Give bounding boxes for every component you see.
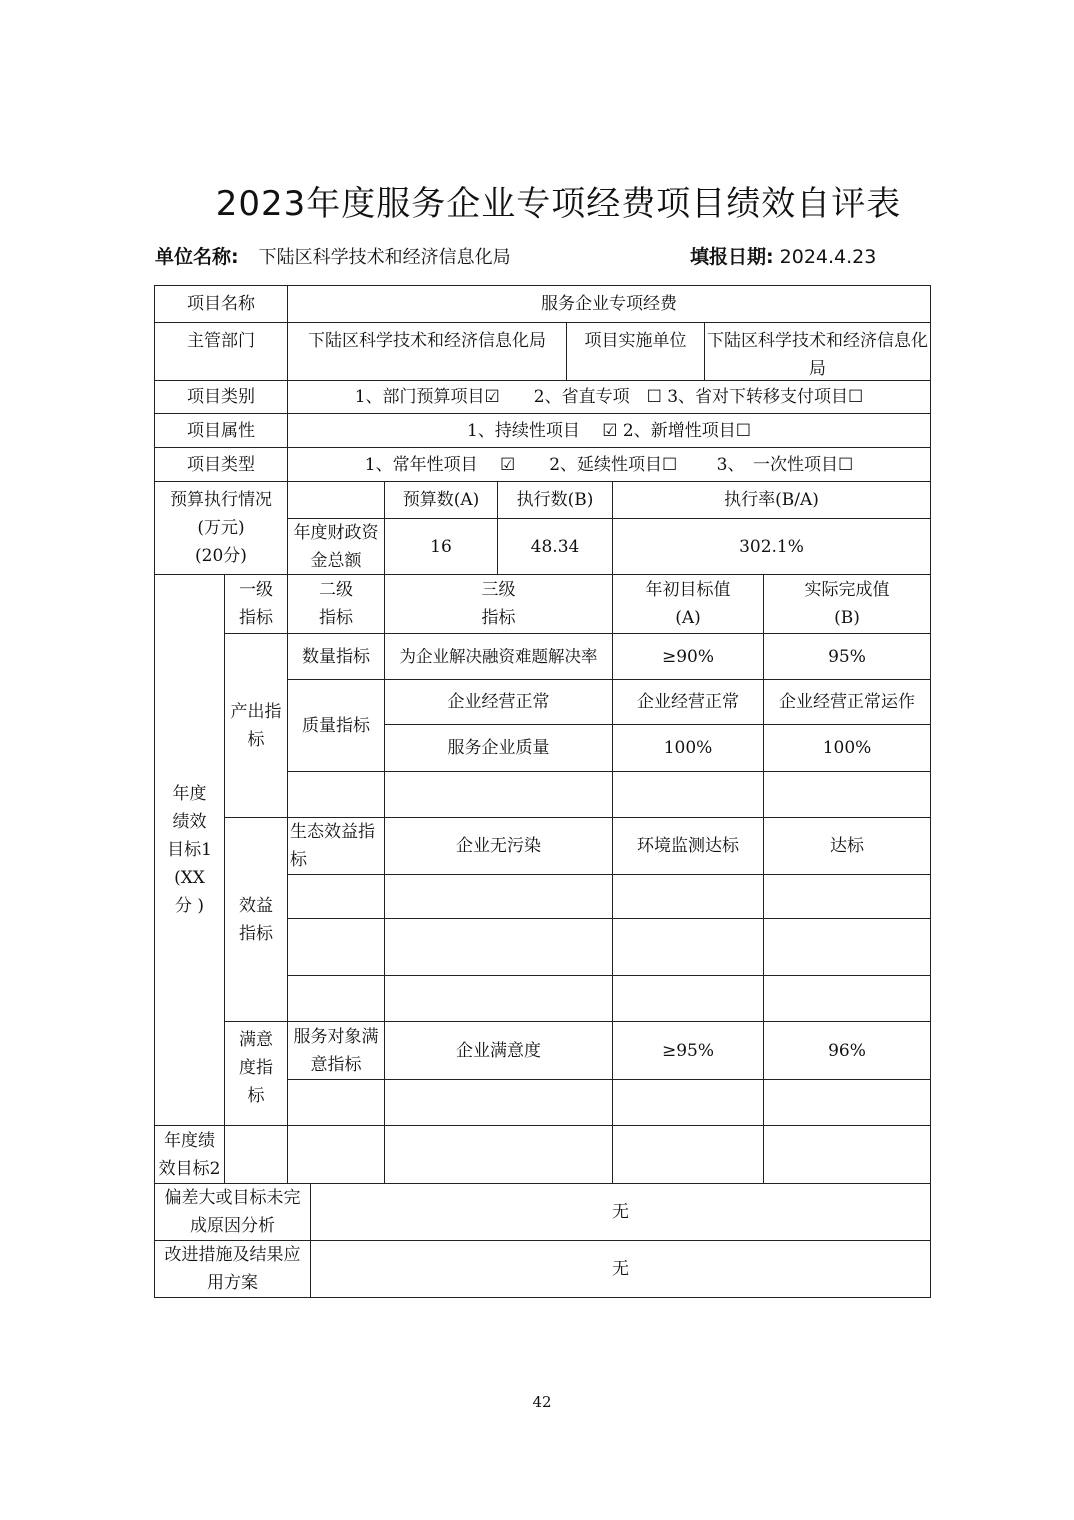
budget-col-rate: 执行率(B/A) xyxy=(612,481,931,519)
empty-cell xyxy=(384,1079,613,1126)
empty-cell xyxy=(287,975,385,1022)
empty-cell xyxy=(763,918,931,976)
empty-cell xyxy=(612,874,764,919)
project-name-value: 服务企业专项经费 xyxy=(287,285,931,323)
dept-value: 下陆区科学技术和经济信息化局 xyxy=(287,322,567,381)
empty-cell xyxy=(763,975,931,1022)
empty-cell xyxy=(287,874,385,919)
eco-benefit-label: 生态效益指 标 xyxy=(287,817,385,875)
quantity-actual: 95% xyxy=(763,633,931,680)
empty-cell xyxy=(384,771,613,818)
eco-actual: 达标 xyxy=(763,817,931,875)
service-actual: 96% xyxy=(763,1021,931,1080)
deviation-label: 偏差大或目标未完 成原因分析 xyxy=(154,1183,311,1241)
empty-cell xyxy=(763,1079,931,1126)
page-number: 42 xyxy=(0,1393,1074,1411)
unit-value: 下陆区科学技术和经济信息化局 xyxy=(259,247,511,268)
quality-actual-2: 100% xyxy=(763,724,931,772)
quality-label: 质量指标 xyxy=(287,679,385,772)
category-label: 项目类别 xyxy=(154,380,288,414)
quality-target-1: 企业经营正常 xyxy=(612,679,764,725)
empty-cell xyxy=(287,1125,385,1184)
date-label: 填报日期: xyxy=(690,246,774,268)
empty-cell xyxy=(612,918,764,976)
type-value: 1、常年性项目 ☑ 2、延续性项目☐ 3、 一次性项目☐ xyxy=(287,447,931,482)
budget-label: 预算执行情况 (万元) (20分) xyxy=(154,481,288,575)
empty-cell xyxy=(384,975,613,1022)
unit-line: 单位名称: 下陆区科学技术和经济信息化局 xyxy=(155,242,511,269)
empty-cell xyxy=(763,874,931,919)
date-line: 填报日期: 2024.4.23 xyxy=(690,242,876,269)
quality-name-1: 企业经营正常 xyxy=(384,679,613,725)
goal2-label: 年度绩 效目标2 xyxy=(154,1125,225,1184)
quantity-label: 数量指标 xyxy=(287,633,385,680)
service-target: ≥95% xyxy=(612,1021,764,1080)
eco-target: 环境监测达标 xyxy=(612,817,764,875)
output-indicator-label: 产出指 标 xyxy=(224,633,288,818)
budget-row-label: 年度财政资 金总额 xyxy=(287,518,385,575)
empty-cell xyxy=(224,1125,288,1184)
improve-value: 无 xyxy=(310,1240,931,1298)
goal1-label: 年度 绩效 目标1 (XX 分 ) xyxy=(154,574,225,1126)
empty-cell xyxy=(612,975,764,1022)
empty-cell xyxy=(763,1125,931,1184)
budget-col-budget: 预算数(A) xyxy=(384,481,498,519)
category-value: 1、部门预算项目☑ 2、省直专项 ☐ 3、省对下转移支付项目☐ xyxy=(287,380,931,414)
page-title: 2023年度服务企业专项经费项目绩效自评表 xyxy=(0,176,1074,225)
empty-cell xyxy=(612,1079,764,1126)
level1-header: 一级 指标 xyxy=(224,574,288,634)
empty-cell xyxy=(384,1125,613,1184)
type-label: 项目类型 xyxy=(154,447,288,482)
rate-value: 302.1% xyxy=(612,518,931,575)
unit-label: 单位名称: xyxy=(155,246,239,268)
budget-blank-cell xyxy=(287,481,385,519)
dept-label: 主管部门 xyxy=(154,322,288,381)
project-name-label: 项目名称 xyxy=(154,285,288,323)
quality-actual-1: 企业经营正常运作 xyxy=(763,679,931,725)
level3-header: 三级 指标 xyxy=(384,574,613,634)
quantity-target: ≥90% xyxy=(612,633,764,680)
empty-cell xyxy=(384,918,613,976)
deviation-value: 无 xyxy=(310,1183,931,1241)
empty-cell xyxy=(287,918,385,976)
empty-cell xyxy=(612,1125,764,1184)
attribute-label: 项目属性 xyxy=(154,413,288,448)
empty-cell xyxy=(763,771,931,818)
impl-value: 下陆区科学技术和经济信息化局 xyxy=(704,322,931,381)
eco-name: 企业无污染 xyxy=(384,817,613,875)
quality-name-2: 服务企业质量 xyxy=(384,724,613,772)
level2-header: 二级 指标 xyxy=(287,574,385,634)
empty-cell xyxy=(384,874,613,919)
empty-cell xyxy=(287,1079,385,1126)
target-header: 年初目标值 (A) xyxy=(612,574,764,634)
service-label: 服务对象满 意指标 xyxy=(287,1021,385,1080)
attribute-value: 1、持续性项目 ☑ 2、新增性项目☐ xyxy=(287,413,931,448)
date-value: 2024.4.23 xyxy=(780,246,877,268)
empty-cell xyxy=(287,771,385,818)
exec-value: 48.34 xyxy=(497,518,613,575)
actual-header: 实际完成值 (B) xyxy=(763,574,931,634)
budget-value: 16 xyxy=(384,518,498,575)
service-name: 企业满意度 xyxy=(384,1021,613,1080)
quantity-name: 为企业解决融资难题解决率 xyxy=(384,633,613,680)
empty-cell xyxy=(612,771,764,818)
improve-label: 改进措施及结果应 用方案 xyxy=(154,1240,311,1298)
impl-label: 项目实施单位 xyxy=(566,322,705,381)
quality-target-2: 100% xyxy=(612,724,764,772)
satisfaction-indicator-label: 满意 度指 标 xyxy=(224,1021,288,1126)
budget-col-exec: 执行数(B) xyxy=(497,481,613,519)
benefit-indicator-label: 效益 指标 xyxy=(224,817,288,1022)
